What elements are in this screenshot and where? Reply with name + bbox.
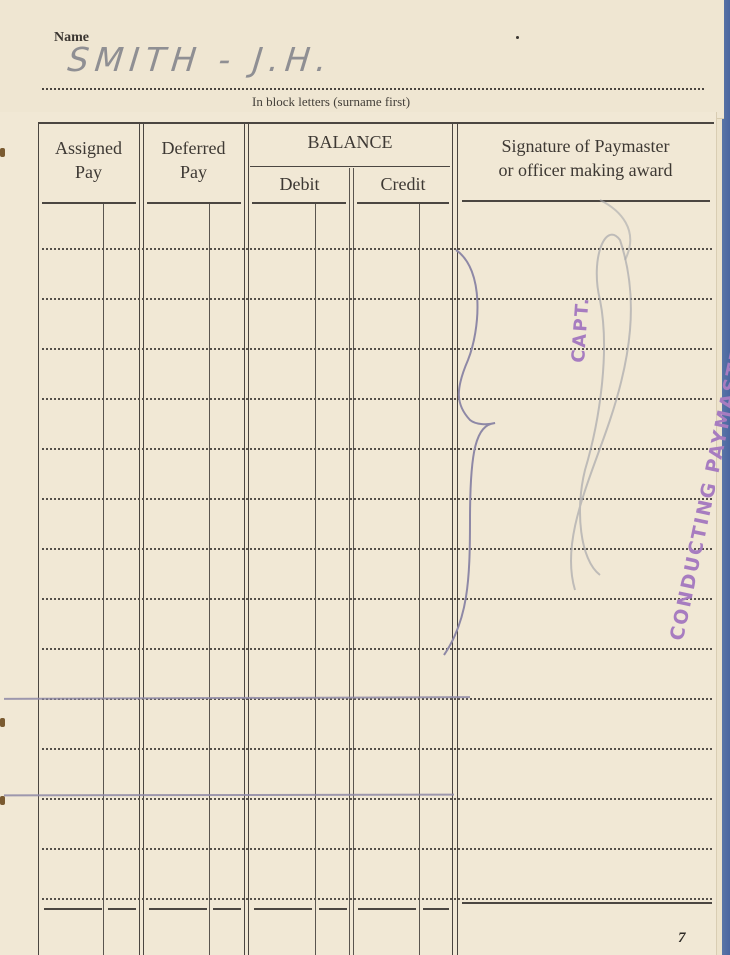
- stamp-line-1: CAPT.: [568, 295, 594, 363]
- paymaster-stamp: CAPT. CONDUCTING PAYMASTER: [540, 250, 700, 650]
- page-number: 7: [678, 930, 686, 947]
